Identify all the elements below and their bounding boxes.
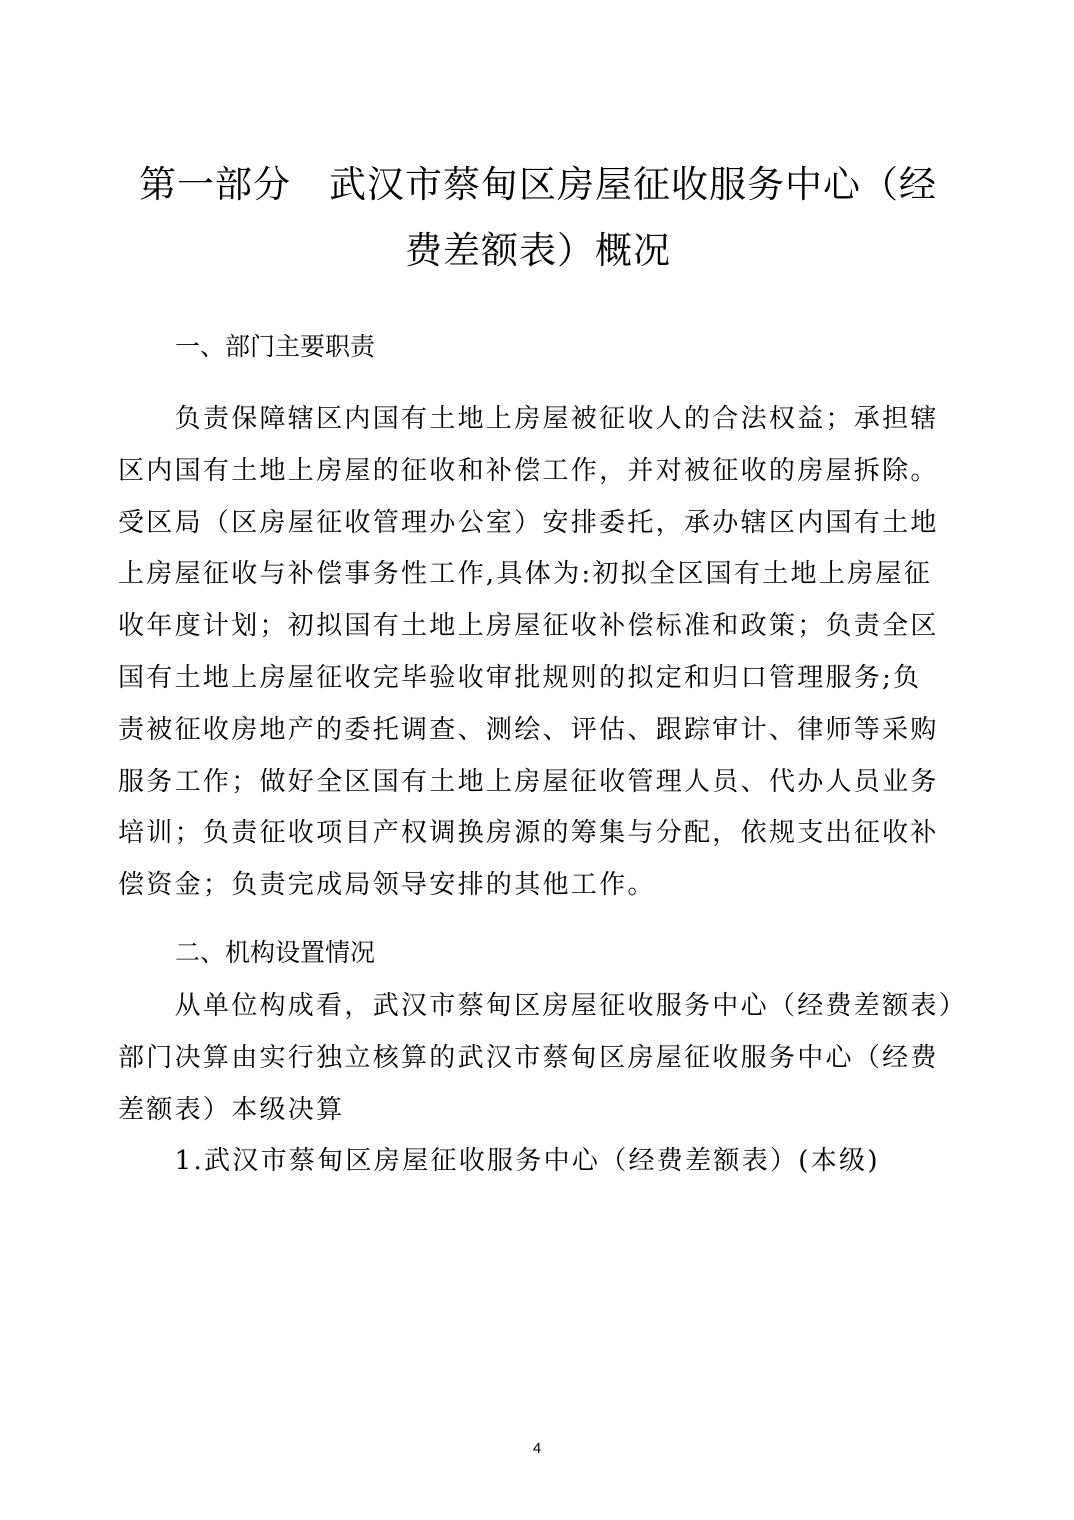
section-heading-org-structure: 二、机构设置情况 [175,938,375,968]
section-body-main-duties: 负责保障辖区内国有土地上房屋被征收人的合法权益；承担辖 区内国有土地上房屋的征收… [118,394,968,912]
page-number: 4 [0,1440,1074,1457]
paragraph-line: 1.武汉市蔡甸区房屋征收服务中心（经费差额表）(本级) [118,1136,968,1188]
document-page: 第一部分 武汉市蔡甸区房屋征收服务中心（经 费差额表）概况 一、部门主要职责 负… [0,0,1074,1520]
paragraph-line: 培训；负责征收项目产权调换房源的筹集与分配，依规支出征收补 [118,808,968,860]
page-title-line-2: 费差额表）概况 [118,218,958,284]
section-body-org-structure: 从单位构成看，武汉市蔡甸区房屋征收服务中心（经费差额表） 部门决算由实行独立核算… [118,981,968,1188]
paragraph-line: 服务工作；做好全区国有土地上房屋征收管理人员、代办人员业务 [118,757,968,809]
paragraph-line: 从单位构成看，武汉市蔡甸区房屋征收服务中心（经费差额表） [118,981,968,1033]
paragraph-line: 偿资金；负责完成局领导安排的其他工作。 [118,860,968,912]
paragraph-line: 区内国有土地上房屋的征收和补偿工作，并对被征收的房屋拆除。 [118,446,968,498]
paragraph-line: 负责保障辖区内国有土地上房屋被征收人的合法权益；承担辖 [118,394,968,446]
section-heading-main-duties: 一、部门主要职责 [175,332,375,362]
paragraph-line: 部门决算由实行独立核算的武汉市蔡甸区房屋征收服务中心（经费 [118,1033,968,1085]
paragraph-line: 国有土地上房屋征收完毕验收审批规则的拟定和归口管理服务;负 [118,653,968,705]
paragraph-line: 受区局（区房屋征收管理办公室）安排委托，承办辖区内国有土地 [118,498,968,550]
page-title-line-1: 第一部分 武汉市蔡甸区房屋征收服务中心（经 [118,152,958,218]
paragraph-line: 上房屋征收与补偿事务性工作,具体为:初拟全区国有土地上房屋征 [118,549,968,601]
paragraph-line: 责被征收房地产的委托调查、测绘、评估、跟踪审计、律师等采购 [118,705,968,757]
paragraph-line: 差额表）本级决算 [118,1085,968,1137]
page-title: 第一部分 武汉市蔡甸区房屋征收服务中心（经 费差额表）概况 [118,152,958,284]
paragraph-line: 收年度计划；初拟国有土地上房屋征收补偿标准和政策；负责全区 [118,601,968,653]
